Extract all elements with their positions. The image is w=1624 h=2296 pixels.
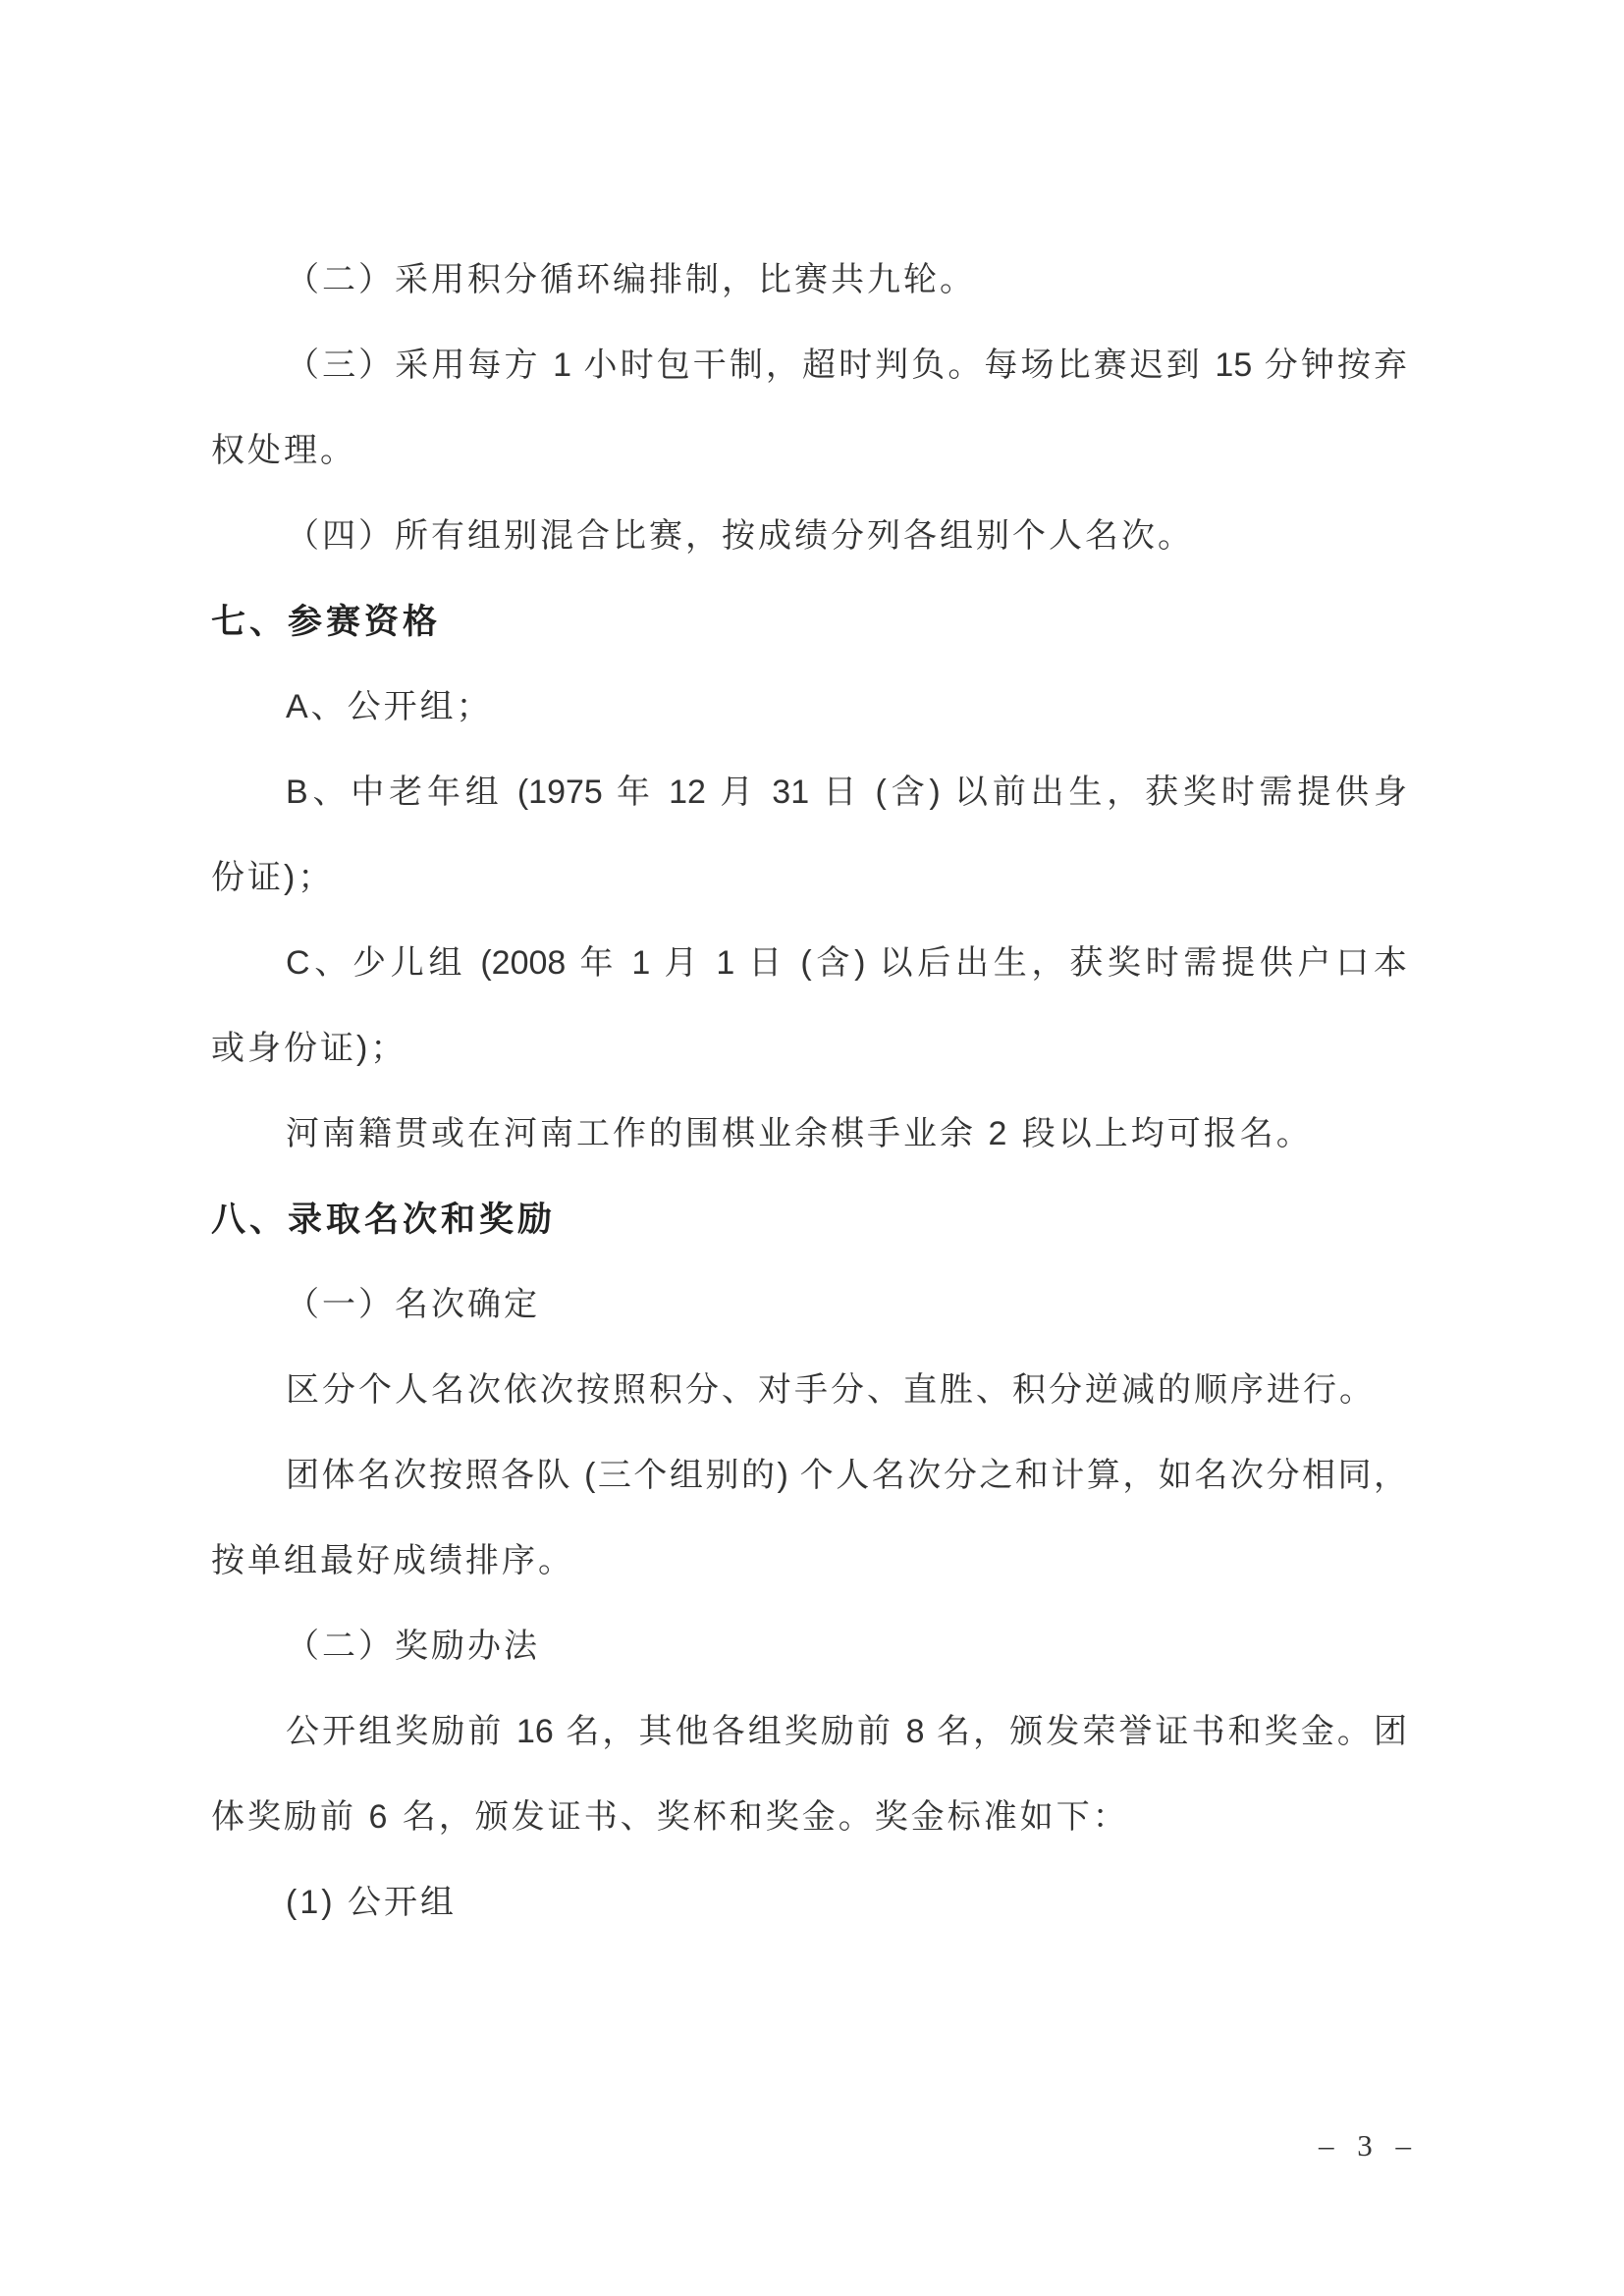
- body-line: （二）奖励办法: [211, 1604, 1407, 1689]
- body-line: （一）名次确定: [211, 1262, 1407, 1348]
- body-line: 河南籍贯或在河南工作的围棋业余棋手业余 2 段以上均可报名。: [211, 1092, 1407, 1177]
- page-number: – 3 –: [1319, 2128, 1412, 2163]
- body-line: 按单组最好成绩排序。: [211, 1519, 1407, 1604]
- body-line: （三）采用每方 1 小时包干制，超时判负。每场比赛迟到 15 分钟按弃: [211, 323, 1407, 408]
- body-line: 或身份证)；: [211, 1006, 1407, 1092]
- body-line: （四）所有组别混合比赛，按成绩分列各组别个人名次。: [211, 494, 1407, 579]
- section-heading-7: 七、参赛资格: [211, 579, 1407, 665]
- document-body: （二）采用积分循环编排制，比赛共九轮。 （三）采用每方 1 小时包干制，超时判负…: [211, 238, 1407, 1946]
- body-line: 权处理。: [211, 408, 1407, 494]
- body-line: B、中老年组 (1975 年 12 月 31 日 (含) 以前出生，获奖时需提供…: [211, 750, 1407, 835]
- body-line: 公开组奖励前 16 名，其他各组奖励前 8 名，颁发荣誉证书和奖金。团: [211, 1689, 1407, 1775]
- body-line: （二）采用积分循环编排制，比赛共九轮。: [211, 238, 1407, 323]
- body-line: (1) 公开组: [211, 1860, 1407, 1946]
- body-line: 份证)；: [211, 835, 1407, 921]
- body-line: C、少儿组 (2008 年 1 月 1 日 (含) 以后出生，获奖时需提供户口本: [211, 921, 1407, 1006]
- document-page: （二）采用积分循环编排制，比赛共九轮。 （三）采用每方 1 小时包干制，超时判负…: [0, 0, 1624, 2296]
- body-line: 体奖励前 6 名，颁发证书、奖杯和奖金。奖金标准如下：: [211, 1775, 1407, 1860]
- body-line: A、公开组；: [211, 665, 1407, 750]
- section-heading-8: 八、录取名次和奖励: [211, 1177, 1407, 1262]
- body-line: 区分个人名次依次按照积分、对手分、直胜、积分逆减的顺序进行。: [211, 1348, 1407, 1433]
- body-line: 团体名次按照各队 (三个组别的) 个人名次分之和计算，如名次分相同，: [211, 1433, 1407, 1519]
